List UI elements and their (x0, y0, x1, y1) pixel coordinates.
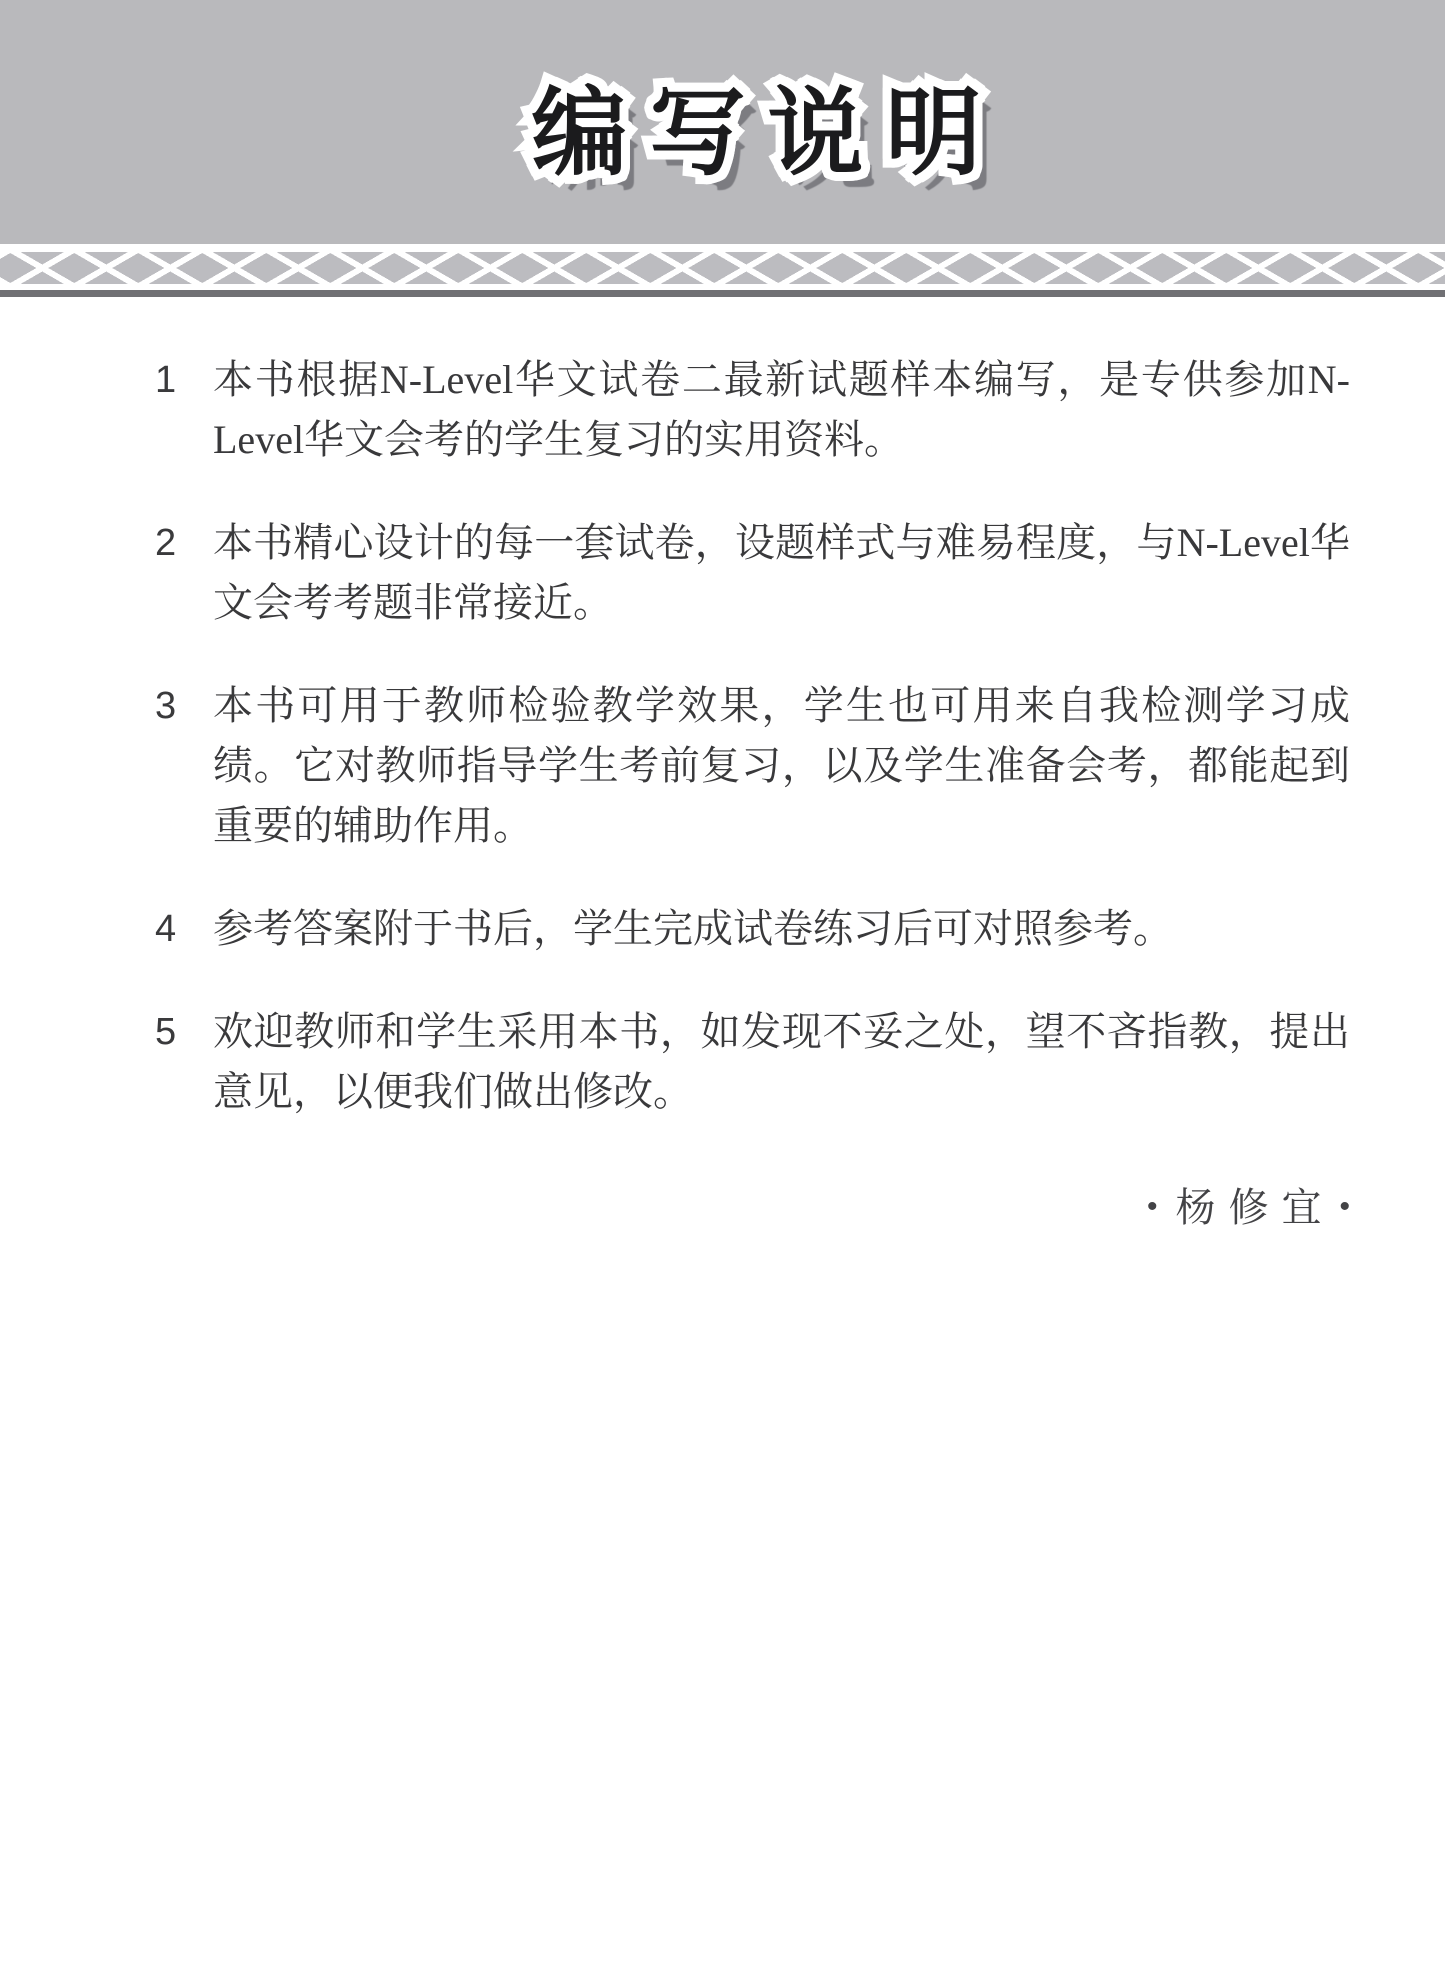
diamond-lattice-pattern (0, 252, 1445, 284)
lattice-border-band (0, 244, 1445, 290)
note-item-5: 5 欢迎教师和学生采用本书，如发现不妥之处，望不吝指教，提出意见，以便我们做出修… (155, 1002, 1350, 1122)
book-page: 编写说明 1 本书根据N-Level华文试卷二最新试题样本编写，是专供参加N-L… (0, 0, 1445, 1974)
divider-rule (0, 290, 1445, 297)
author-signature: •杨修宜• (155, 1182, 1350, 1233)
note-number: 5 (155, 1002, 213, 1062)
notes-section: 1 本书根据N-Level华文试卷二最新试题样本编写，是专供参加N-Level华… (0, 297, 1445, 1233)
note-item-4: 4 参考答案附于书后，学生完成试卷练习后可对照参考。 (155, 899, 1350, 959)
note-number: 3 (155, 676, 213, 736)
note-text: 参考答案附于书后，学生完成试卷练习后可对照参考。 (213, 899, 1350, 959)
note-number: 4 (155, 899, 213, 959)
note-item-1: 1 本书根据N-Level华文试卷二最新试题样本编写，是专供参加N-Level华… (155, 350, 1350, 470)
note-text: 本书根据N-Level华文试卷二最新试题样本编写，是专供参加N-Level华文会… (213, 350, 1350, 470)
note-text: 欢迎教师和学生采用本书，如发现不妥之处，望不吝指教，提出意见，以便我们做出修改。 (213, 1002, 1350, 1122)
note-text: 本书精心设计的每一套试卷，设题样式与难易程度，与N-Level华文会考考题非常接… (213, 513, 1350, 633)
note-number: 1 (155, 350, 213, 410)
signature-bullet-left: • (1147, 1190, 1158, 1223)
title-banner: 编写说明 (0, 0, 1445, 244)
signature-name: 杨修宜 (1175, 1186, 1334, 1230)
note-number: 2 (155, 513, 213, 573)
note-text: 本书可用于教师检验教学效果，学生也可用来自我检测学习成绩。它对教师指导学生考前复… (213, 676, 1350, 856)
notes-list: 1 本书根据N-Level华文试卷二最新试题样本编写，是专供参加N-Level华… (155, 350, 1350, 1122)
note-item-3: 3 本书可用于教师检验教学效果，学生也可用来自我检测学习成绩。它对教师指导学生考… (155, 676, 1350, 856)
note-item-2: 2 本书精心设计的每一套试卷，设题样式与难易程度，与N-Level华文会考考题非… (155, 513, 1350, 633)
signature-bullet-right: • (1339, 1190, 1350, 1223)
page-title: 编写说明 (532, 78, 1004, 188)
